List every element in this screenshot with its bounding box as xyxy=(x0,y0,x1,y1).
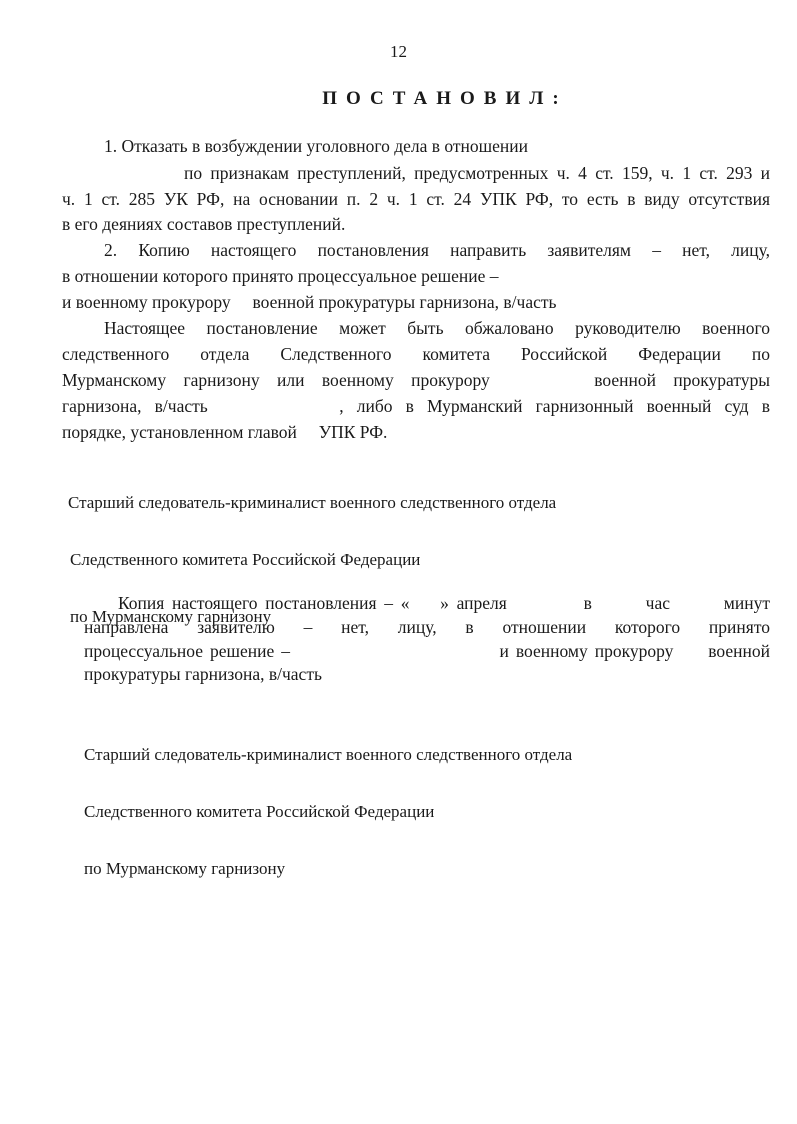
item1-line-2: по признакам преступлений, предусмотренн… xyxy=(184,163,770,184)
item1-line-3: ч. 1 ст. 285 УК РФ, на основании п. 2 ч.… xyxy=(62,189,770,210)
page-number: 12 xyxy=(0,42,797,62)
appeal-line-4: гарнизона, в/часть , либо в Мурманский г… xyxy=(62,396,770,417)
item2-line-1: 2. Копию настоящего постановления направ… xyxy=(104,240,770,261)
appeal-line-2: следственного отдела Следственного комит… xyxy=(62,344,770,365)
item1-line-1: 1. Отказать в возбуждении уголовного дел… xyxy=(104,136,624,157)
signature-1-position: Старший следователь-криминалист военного… xyxy=(68,493,556,512)
copy-note-line-4: прокуратуры гарнизона, в/часть xyxy=(84,664,794,685)
signature-2-committee: Следственного комитета Российской Федера… xyxy=(84,802,572,821)
signature-block-2: Старший следователь-криминалист военного… xyxy=(84,707,572,897)
appeal-line-5: порядке, установленном главой УПК РФ. xyxy=(62,422,772,443)
copy-note-line-3: процессуальное решение – и военному прок… xyxy=(84,641,770,662)
item2-line-2: в отношении которого принято процессуаль… xyxy=(62,266,772,287)
item2-line-3: и военному прокурору военной прокуратуры… xyxy=(62,292,772,313)
appeal-line-3: Мурманскому гарнизону или военному проку… xyxy=(62,370,770,391)
copy-note-line-2: направлена заявителю – нет, лицу, в отно… xyxy=(84,617,770,638)
item1-line-4: в его деяниях составов преступлений. xyxy=(62,214,772,235)
signature-1-committee: Следственного комитета Российской Федера… xyxy=(68,550,556,569)
copy-note-line-1: Копия настоящего постановления – « » апр… xyxy=(118,593,770,614)
signature-2-position: Старший следователь-криминалист военного… xyxy=(84,745,572,764)
appeal-line-1: Настоящее постановление может быть обжал… xyxy=(104,318,770,339)
document-title: ПОСТАНОВИЛ: xyxy=(0,88,797,110)
signature-2-garrison: по Мурманскому гарнизону xyxy=(84,859,572,878)
